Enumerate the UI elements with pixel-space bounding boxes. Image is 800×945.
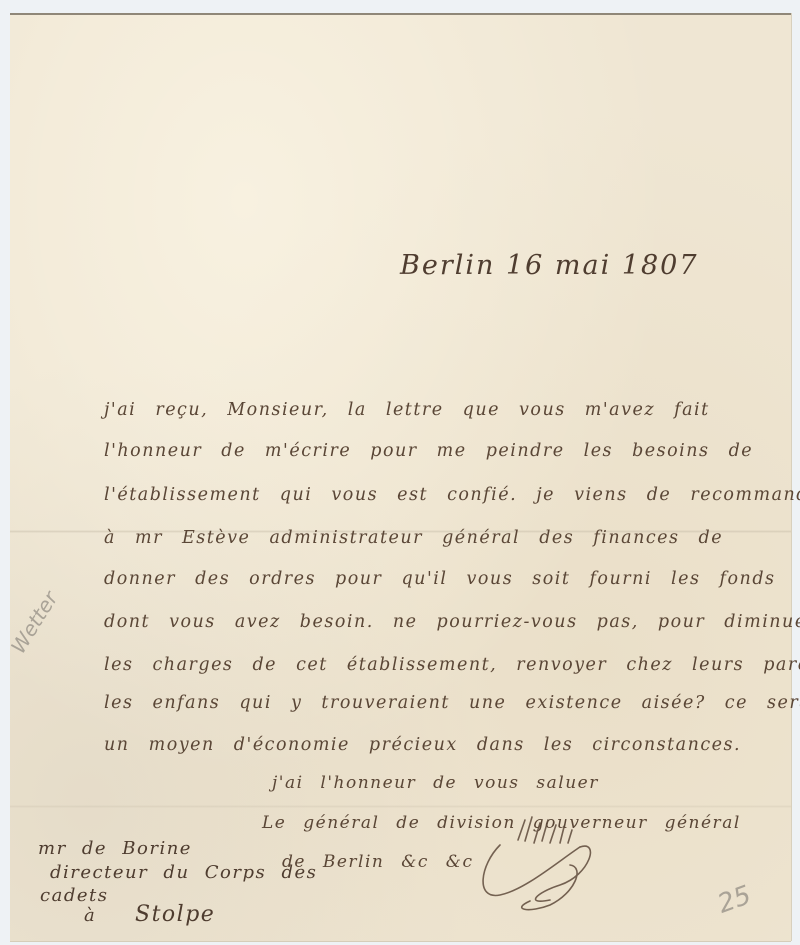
address-line: mr de Borine: [38, 838, 192, 859]
letter-page: [10, 13, 791, 941]
body-line: donner des ordres pour qu'il vous soit f…: [104, 569, 776, 589]
address-line: directeur du Corps des: [50, 862, 317, 883]
closing-line: j'ai l'honneur de vous saluer: [272, 773, 599, 793]
svg-text:Clarke: Clarke: [480, 805, 534, 809]
dateline: Berlin 16 mai 1807: [400, 250, 699, 281]
body-line: les charges de cet établissement, renvoy…: [104, 655, 800, 675]
body-line: un moyen d'économie précieux dans les ci…: [104, 735, 741, 755]
body-line: j'ai reçu, Monsieur, la lettre que vous …: [104, 400, 710, 420]
body-line: à mr Estève administrateur général des f…: [104, 528, 723, 548]
body-line: les enfans qui y trouveraient une existe…: [104, 693, 800, 713]
body-line: l'établissement qui vous est confié. je …: [104, 485, 800, 505]
signature-flourish: Clarke: [470, 805, 630, 915]
paper-fold-line: [10, 805, 791, 808]
address-line: Stolpe: [135, 902, 215, 927]
body-line: dont vous avez besoin. ne pourriez-vous …: [104, 612, 800, 632]
body-line: l'honneur de m'écrire pour me peindre le…: [104, 441, 753, 461]
address-line: cadets: [40, 885, 108, 906]
address-line: à: [84, 905, 96, 926]
